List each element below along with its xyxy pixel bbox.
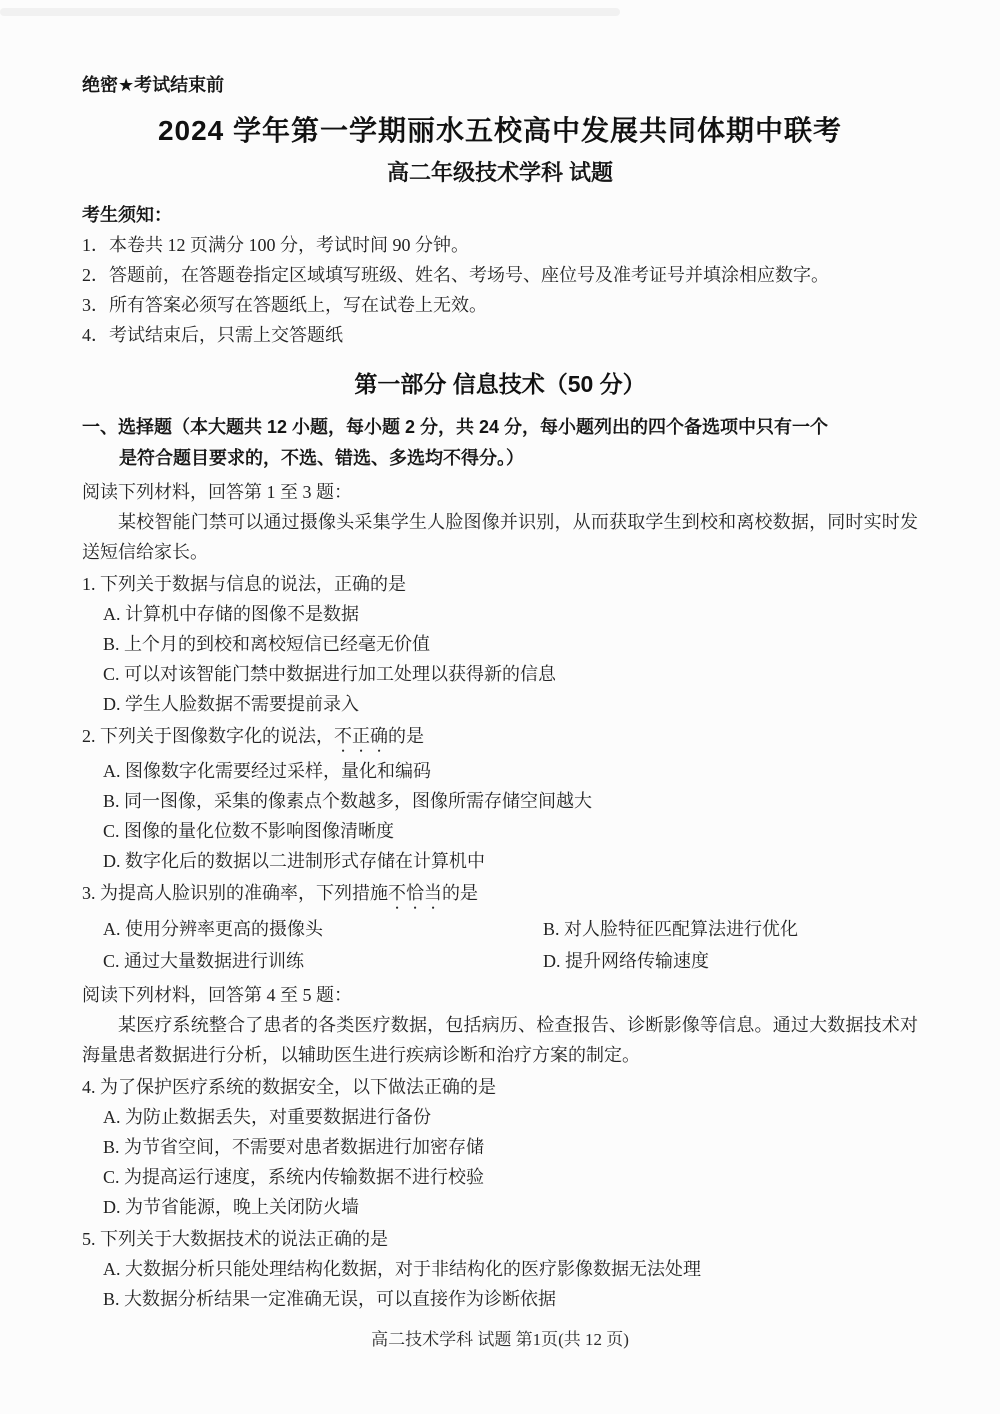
question-2-option-b: B. 同一图像，采集的像素点个数越多，图像所需存储空间越大 xyxy=(82,786,918,816)
question-5-option-b: B. 大数据分析结果一定准确无误，可以直接作为诊断依据 xyxy=(82,1284,918,1314)
question-3-option-d: D. 提升网络传输速度 xyxy=(543,945,918,977)
section1-instruction-line1: 一、选择题（本大题共 12 小题，每小题 2 分，共 24 分，每小题列出的四个… xyxy=(82,412,918,443)
question-4-option-d: D. 为节省能源，晚上关闭防火墙 xyxy=(82,1192,918,1222)
question-3-stem-emphasis: 不恰当 xyxy=(388,883,442,903)
part1-title: 第一部分 信息技术（50 分） xyxy=(82,366,918,402)
scan-artifact xyxy=(0,8,620,16)
reading2-passage: 某医疗系统整合了患者的各类医疗数据，包括病历、检查报告、诊断影像等信息。通过大数… xyxy=(82,1010,918,1070)
question-1-option-c: C. 可以对该智能门禁中数据进行加工处理以获得新的信息 xyxy=(82,659,918,689)
section1-instruction: 一、选择题（本大题共 12 小题，每小题 2 分，共 24 分，每小题列出的四个… xyxy=(82,412,918,474)
question-2: 2. 下列关于图像数字化的说法，不正确的是 A. 图像数字化需要经过采样，量化和… xyxy=(82,721,918,876)
question-3-options: A. 使用分辨率更高的摄像头 B. 对人脸特征匹配算法进行优化 C. 通过大量数… xyxy=(82,913,918,977)
page-footer: 高二技术学科 试题 第1页(共 12 页) xyxy=(0,1328,1000,1352)
question-4-option-b: B. 为节省空间，不需要对患者数据进行加密存储 xyxy=(82,1132,918,1162)
question-3-stem: 3. 为提高人脸识别的准确率，下列措施不恰当的是 xyxy=(82,878,918,913)
question-2-stem-pre: 2. 下列关于图像数字化的说法， xyxy=(82,726,334,746)
section1-instruction-line2: 是符合题目要求的，不选、错选、多选均不得分。） xyxy=(82,443,918,474)
question-4-option-c: C. 为提高运行速度，系统内传输数据不进行校验 xyxy=(82,1162,918,1192)
question-3-stem-post: 的是 xyxy=(442,883,478,903)
reading1-passage: 某校智能门禁可以通过摄像头采集学生人脸图像并识别，从而获取学生到校和离校数据，同… xyxy=(82,507,918,567)
question-2-option-d: D. 数字化后的数据以二进制形式存储在计算机中 xyxy=(82,846,918,876)
question-2-stem-emphasis: 不正确 xyxy=(334,726,388,746)
notice-heading: 考生须知： xyxy=(82,200,918,230)
reading1-lead: 阅读下列材料，回答第 1 至 3 题： xyxy=(82,477,918,507)
question-3-option-b: B. 对人脸特征匹配算法进行优化 xyxy=(543,913,918,945)
notice-item-4: 4．考试结束后，只需上交答题纸 xyxy=(82,320,918,350)
question-5-stem: 5. 下列关于大数据技术的说法正确的是 xyxy=(82,1224,918,1254)
question-3: 3. 为提高人脸识别的准确率，下列措施不恰当的是 A. 使用分辨率更高的摄像头 … xyxy=(82,878,918,977)
question-1-stem: 1. 下列关于数据与信息的说法，正确的是 xyxy=(82,569,918,599)
question-2-option-a: A. 图像数字化需要经过采样，量化和编码 xyxy=(82,756,918,786)
question-2-stem: 2. 下列关于图像数字化的说法，不正确的是 xyxy=(82,721,918,756)
notice-item-2: 2．答题前，在答题卷指定区域填写班级、姓名、考场号、座位号及准考证号并填涂相应数… xyxy=(82,260,918,290)
question-5-stem-text: 5. 下列关于大数据技术的说法正确的是 xyxy=(82,1229,388,1249)
candidate-notice: 考生须知： 1．本卷共 12 页满分 100 分，考试时间 90 分钟。 2．答… xyxy=(82,200,918,350)
question-1-option-b: B. 上个月的到校和离校短信已经毫无价值 xyxy=(82,629,918,659)
exam-subtitle: 高二年级技术学科 试题 xyxy=(82,156,918,190)
question-4-stem: 4. 为了保护医疗系统的数据安全，以下做法正确的是 xyxy=(82,1072,918,1102)
reading2-lead: 阅读下列材料，回答第 4 至 5 题： xyxy=(82,980,918,1010)
security-marking: 绝密★考试结束前 xyxy=(82,70,918,100)
question-2-stem-post: 的是 xyxy=(388,726,424,746)
question-5-option-a: A. 大数据分析只能处理结构化数据，对于非结构化的医疗影像数据无法处理 xyxy=(82,1254,918,1284)
question-3-option-c: C. 通过大量数据进行训练 xyxy=(103,945,543,977)
question-1-option-a: A. 计算机中存储的图像不是数据 xyxy=(82,599,918,629)
question-3-stem-pre: 3. 为提高人脸识别的准确率，下列措施 xyxy=(82,883,388,903)
question-5: 5. 下列关于大数据技术的说法正确的是 A. 大数据分析只能处理结构化数据，对于… xyxy=(82,1224,918,1314)
question-1: 1. 下列关于数据与信息的说法，正确的是 A. 计算机中存储的图像不是数据 B.… xyxy=(82,569,918,719)
exam-title: 2024 学年第一学期丽水五校高中发展共同体期中联考 xyxy=(82,110,918,152)
question-1-option-d: D. 学生人脸数据不需要提前录入 xyxy=(82,689,918,719)
question-3-option-a: A. 使用分辨率更高的摄像头 xyxy=(103,913,543,945)
question-4-option-a: A. 为防止数据丢失，对重要数据进行备份 xyxy=(82,1102,918,1132)
question-2-option-c: C. 图像的量化位数不影响图像清晰度 xyxy=(82,816,918,846)
question-4: 4. 为了保护医疗系统的数据安全，以下做法正确的是 A. 为防止数据丢失，对重要… xyxy=(82,1072,918,1222)
notice-item-3: 3．所有答案必须写在答题纸上，写在试卷上无效。 xyxy=(82,290,918,320)
exam-paper-page: 绝密★考试结束前 2024 学年第一学期丽水五校高中发展共同体期中联考 高二年级… xyxy=(0,0,1000,1414)
question-4-stem-text: 4. 为了保护医疗系统的数据安全，以下做法正确的是 xyxy=(82,1077,496,1097)
question-1-stem-text: 1. 下列关于数据与信息的说法，正确的是 xyxy=(82,574,406,594)
notice-item-1: 1．本卷共 12 页满分 100 分，考试时间 90 分钟。 xyxy=(82,230,918,260)
